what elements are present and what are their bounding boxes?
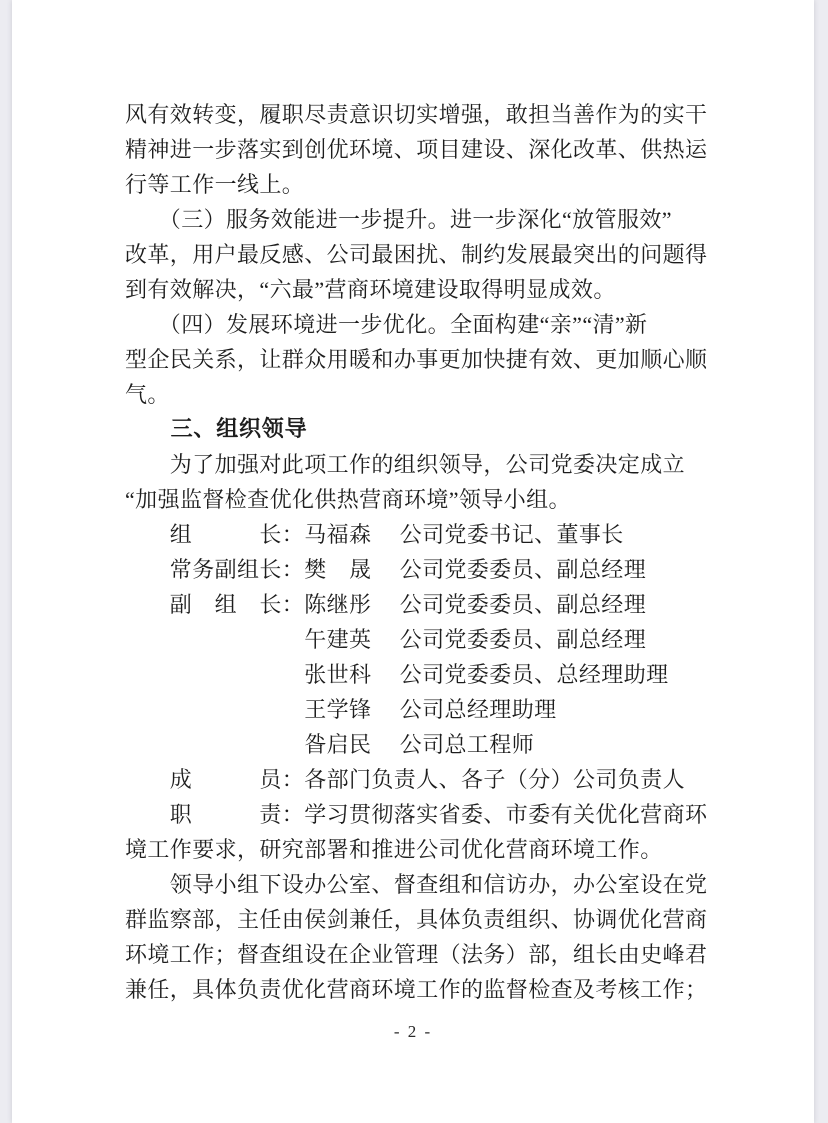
text-line: 环境工作；督查组设在企业管理（法务）部，组长由史峰君 [125,937,725,972]
text-line-duties: 职 责：学习贯彻落实省委、市委有关优化营商环 [125,797,725,832]
section-heading-organization-leadership: 三、组织领导 [125,412,725,447]
text-line: 为了加强对此项工作的组织领导，公司党委决定成立 [125,447,725,482]
text-line: 气。 [125,377,725,412]
text-line: 领导小组下设办公室、督查组和信访办，办公室设在党 [125,867,725,902]
text-line-deputy-leader: 昝启民 公司总工程师 [125,727,725,762]
document-viewer: 风有效转变，履职尽责意识切实增强，敢担当善作为的实干 精神进一步落实到创优环境、… [0,0,828,1123]
text-line-deputy-leader: 张世科 公司党委委员、总经理助理 [125,657,725,692]
text-line: 境工作要求，研究部署和推进公司优化营商环境工作。 [125,832,725,867]
text-line: 兼任，具体负责优化营商环境工作的监督检查及考核工作； [125,972,725,1007]
text-line-members: 成 员：各部门负责人、各子（分）公司负责人 [125,762,725,797]
text-line-deputy-leader: 副 组 长：陈继彤 公司党委委员、副总经理 [125,587,725,622]
text-line: 群监察部，主任由侯剑兼任，具体负责组织、协调优化营商 [125,902,725,937]
text-line-executive-deputy-leader: 常务副组长：樊 晟 公司党委委员、副总经理 [125,552,725,587]
text-line: 风有效转变，履职尽责意识切实增强，敢担当善作为的实干 [125,97,725,132]
text-line: 型企民关系，让群众用暖和办事更加快捷有效、更加顺心顺 [125,342,725,377]
text-line-group-leader: 组 长：马福森 公司党委书记、董事长 [125,517,725,552]
text-line: （四）发展环境进一步优化。全面构建“亲”“清”新 [125,307,725,342]
text-line: 改革，用户最反感、公司最困扰、制约发展最突出的问题得 [125,237,725,272]
text-line: 精神进一步落实到创优环境、项目建设、深化改革、供热运 [125,132,725,167]
page-number: - 2 - [12,1022,814,1042]
text-line: 行等工作一线上。 [125,167,725,202]
text-line: 到有效解决，“六最”营商环境建设取得明显成效。 [125,272,725,307]
document-page: 风有效转变，履职尽责意识切实增强，敢担当善作为的实干 精神进一步落实到创优环境、… [12,0,814,1123]
document-text-block: 风有效转变，履职尽责意识切实增强，敢担当善作为的实干 精神进一步落实到创优环境、… [125,97,725,1007]
text-line-deputy-leader: 王学锋 公司总经理助理 [125,692,725,727]
text-line: （三）服务效能进一步提升。进一步深化“放管服效” [125,202,725,237]
text-line-deputy-leader: 午建英 公司党委委员、副总经理 [125,622,725,657]
text-line: “加强监督检查优化供热营商环境”领导小组。 [125,482,725,517]
